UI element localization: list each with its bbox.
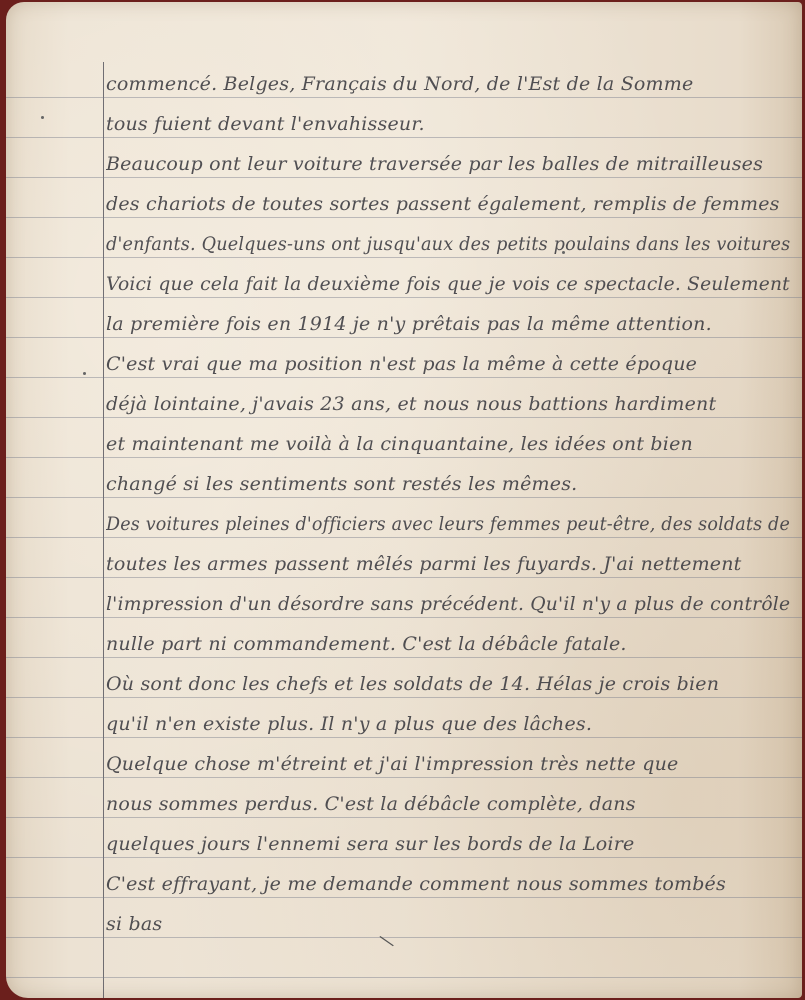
ruled-line	[6, 977, 802, 978]
text-line: Où sont donc les chefs et les soldats de…	[106, 664, 790, 704]
text-line: Des voitures pleines d'officiers avec le…	[106, 504, 790, 544]
text-line: Voici que cela fait la deuxième fois que…	[106, 264, 790, 304]
text-line: déjà lointaine, j'avais 23 ans, et nous …	[106, 384, 790, 424]
text-line: quelques jours l'ennemi sera sur les bor…	[106, 824, 790, 864]
ink-speck	[562, 251, 565, 254]
text-line: nous sommes perdus. C'est la débâcle com…	[106, 784, 790, 824]
text-line: C'est vrai que ma position n'est pas la …	[106, 344, 790, 384]
text-line: nulle part ni commandement. C'est la déb…	[106, 624, 790, 664]
text-line: l'impression d'un désordre sans précéden…	[106, 584, 790, 624]
text-line: C'est effrayant, je me demande comment n…	[106, 864, 790, 904]
text-line: commencé. Belges, Français du Nord, de l…	[106, 64, 790, 104]
ink-speck	[83, 372, 86, 375]
text-line: changé si les sentiments sont restés les…	[106, 464, 790, 504]
text-line: Quelque chose m'étreint et j'ai l'impres…	[106, 744, 790, 784]
text-line: d'enfants. Quelques-uns ont jusqu'aux de…	[106, 224, 790, 264]
ink-speck	[41, 116, 44, 119]
text-line: des chariots de toutes sortes passent ég…	[106, 184, 790, 224]
text-line: qu'il n'en existe plus. Il n'y a plus qu…	[106, 704, 790, 744]
notebook-page: commencé. Belges, Français du Nord, de l…	[6, 2, 802, 998]
text-line: la première fois en 1914 je n'y prêtais …	[106, 304, 790, 344]
text-line: toutes les armes passent mêlés parmi les…	[106, 544, 790, 584]
text-line: si bas	[106, 904, 790, 944]
text-line: et maintenant me voilà à la cinquantaine…	[106, 424, 790, 464]
text-line: Beaucoup ont leur voiture traversée par …	[106, 144, 790, 184]
text-line: tous fuient devant l'envahisseur.	[106, 104, 790, 144]
